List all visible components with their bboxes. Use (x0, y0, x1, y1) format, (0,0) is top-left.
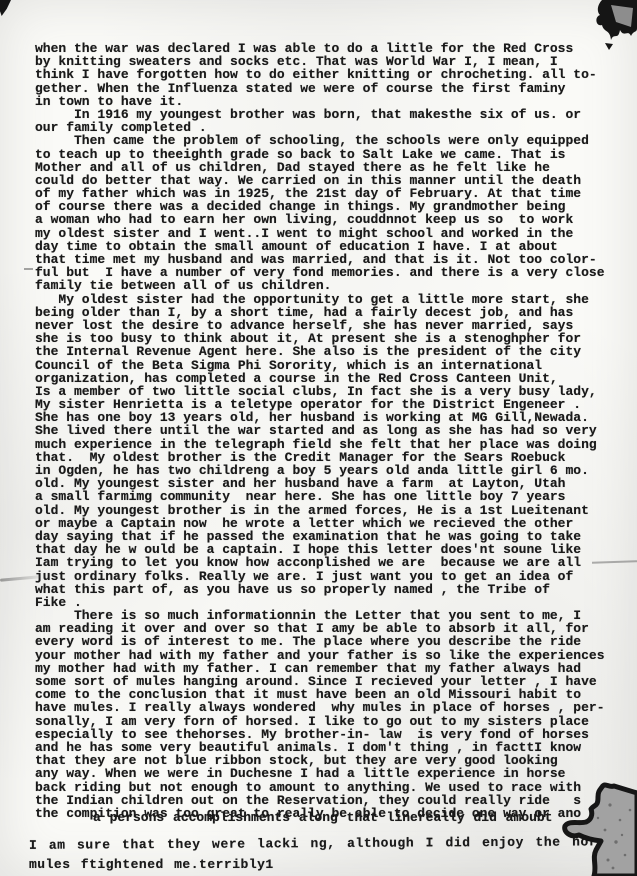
letter-line: back riding but not enough to amount to … (35, 781, 630, 794)
letter-line: My oldest sister had the opportunity to … (35, 293, 630, 306)
pencil-mark (24, 268, 33, 270)
letter-line: a woman who had to earn her own living, … (35, 213, 630, 226)
letter-line: being older than I, by a short time, had… (35, 306, 630, 319)
letter-line: the Indian children out on the Reservati… (35, 794, 630, 807)
typewritten-letter-page: when the war was declared I was able to … (0, 0, 637, 876)
letter-line: family tie between all of us children. (35, 279, 630, 292)
letter-line: what this part of, as you have us so pro… (35, 583, 630, 596)
overstruck-double-typed-row: the compition was too great to really be… (35, 807, 630, 820)
letter-line: to teach up to theeighth grade so back t… (35, 148, 630, 161)
letter-line: the Internal Revenue Agent here. She als… (35, 345, 630, 358)
letter-closing-lines: I am sure that they were lacki ng, altho… (35, 837, 630, 871)
letter-line: Council of the Beta Sigma Phi Sorority, … (35, 359, 630, 372)
letter-line: my oldest sister and I went..I went to m… (35, 227, 630, 240)
letter-line: every word is of interest to me. The pla… (35, 635, 630, 648)
letter-line: organization, has completed a course in … (35, 372, 630, 385)
letter-line: your mother had with my father and your … (35, 649, 630, 662)
letter-line: especially to see thehorses. My brother-… (35, 728, 630, 741)
letter-line: have mules. I really always wondered why… (35, 701, 630, 714)
letter-line: just ordinary folks. Really we are. I ju… (35, 570, 630, 583)
letter-line: sonally, I am very forn of horsed. I lik… (35, 715, 630, 728)
letter-line: old. My youngest brother is in the armed… (35, 504, 630, 517)
overstruck-line-lower: a persons accomplishments along that lin… (93, 811, 552, 824)
letter-line: Iam trying to let you know how acconplis… (35, 556, 630, 569)
letter-line: Then came the problem of schooling, the … (35, 134, 630, 147)
letter-line: gether. When the Influenza stated we wer… (35, 82, 630, 95)
letter-line: think I have forgotten how to do either … (35, 68, 630, 81)
letter-line: in town to have it. (35, 95, 630, 108)
letter-lines: when the war was declared I was able to … (35, 42, 630, 807)
closing-line-2: mules ftightened me.terribly1 (29, 858, 630, 871)
letter-line: She lived there until the war started an… (35, 424, 630, 437)
closing-line-1: I am sure that they were lacki ng, altho… (29, 835, 630, 852)
letter-line: much experience in the telegraph field s… (35, 438, 630, 451)
letter-line: or maybe a Captain now he wrote a letter… (35, 517, 630, 530)
letter-line: a small farmimg community near here. She… (35, 490, 630, 503)
letter-line: any way. When we were in Duchesne I had … (35, 767, 630, 780)
letter-line: Mother and all of us children, Dad staye… (35, 161, 630, 174)
letter-body: when the war was declared I was able to … (35, 42, 630, 871)
ink-corner-mark (0, 0, 11, 16)
